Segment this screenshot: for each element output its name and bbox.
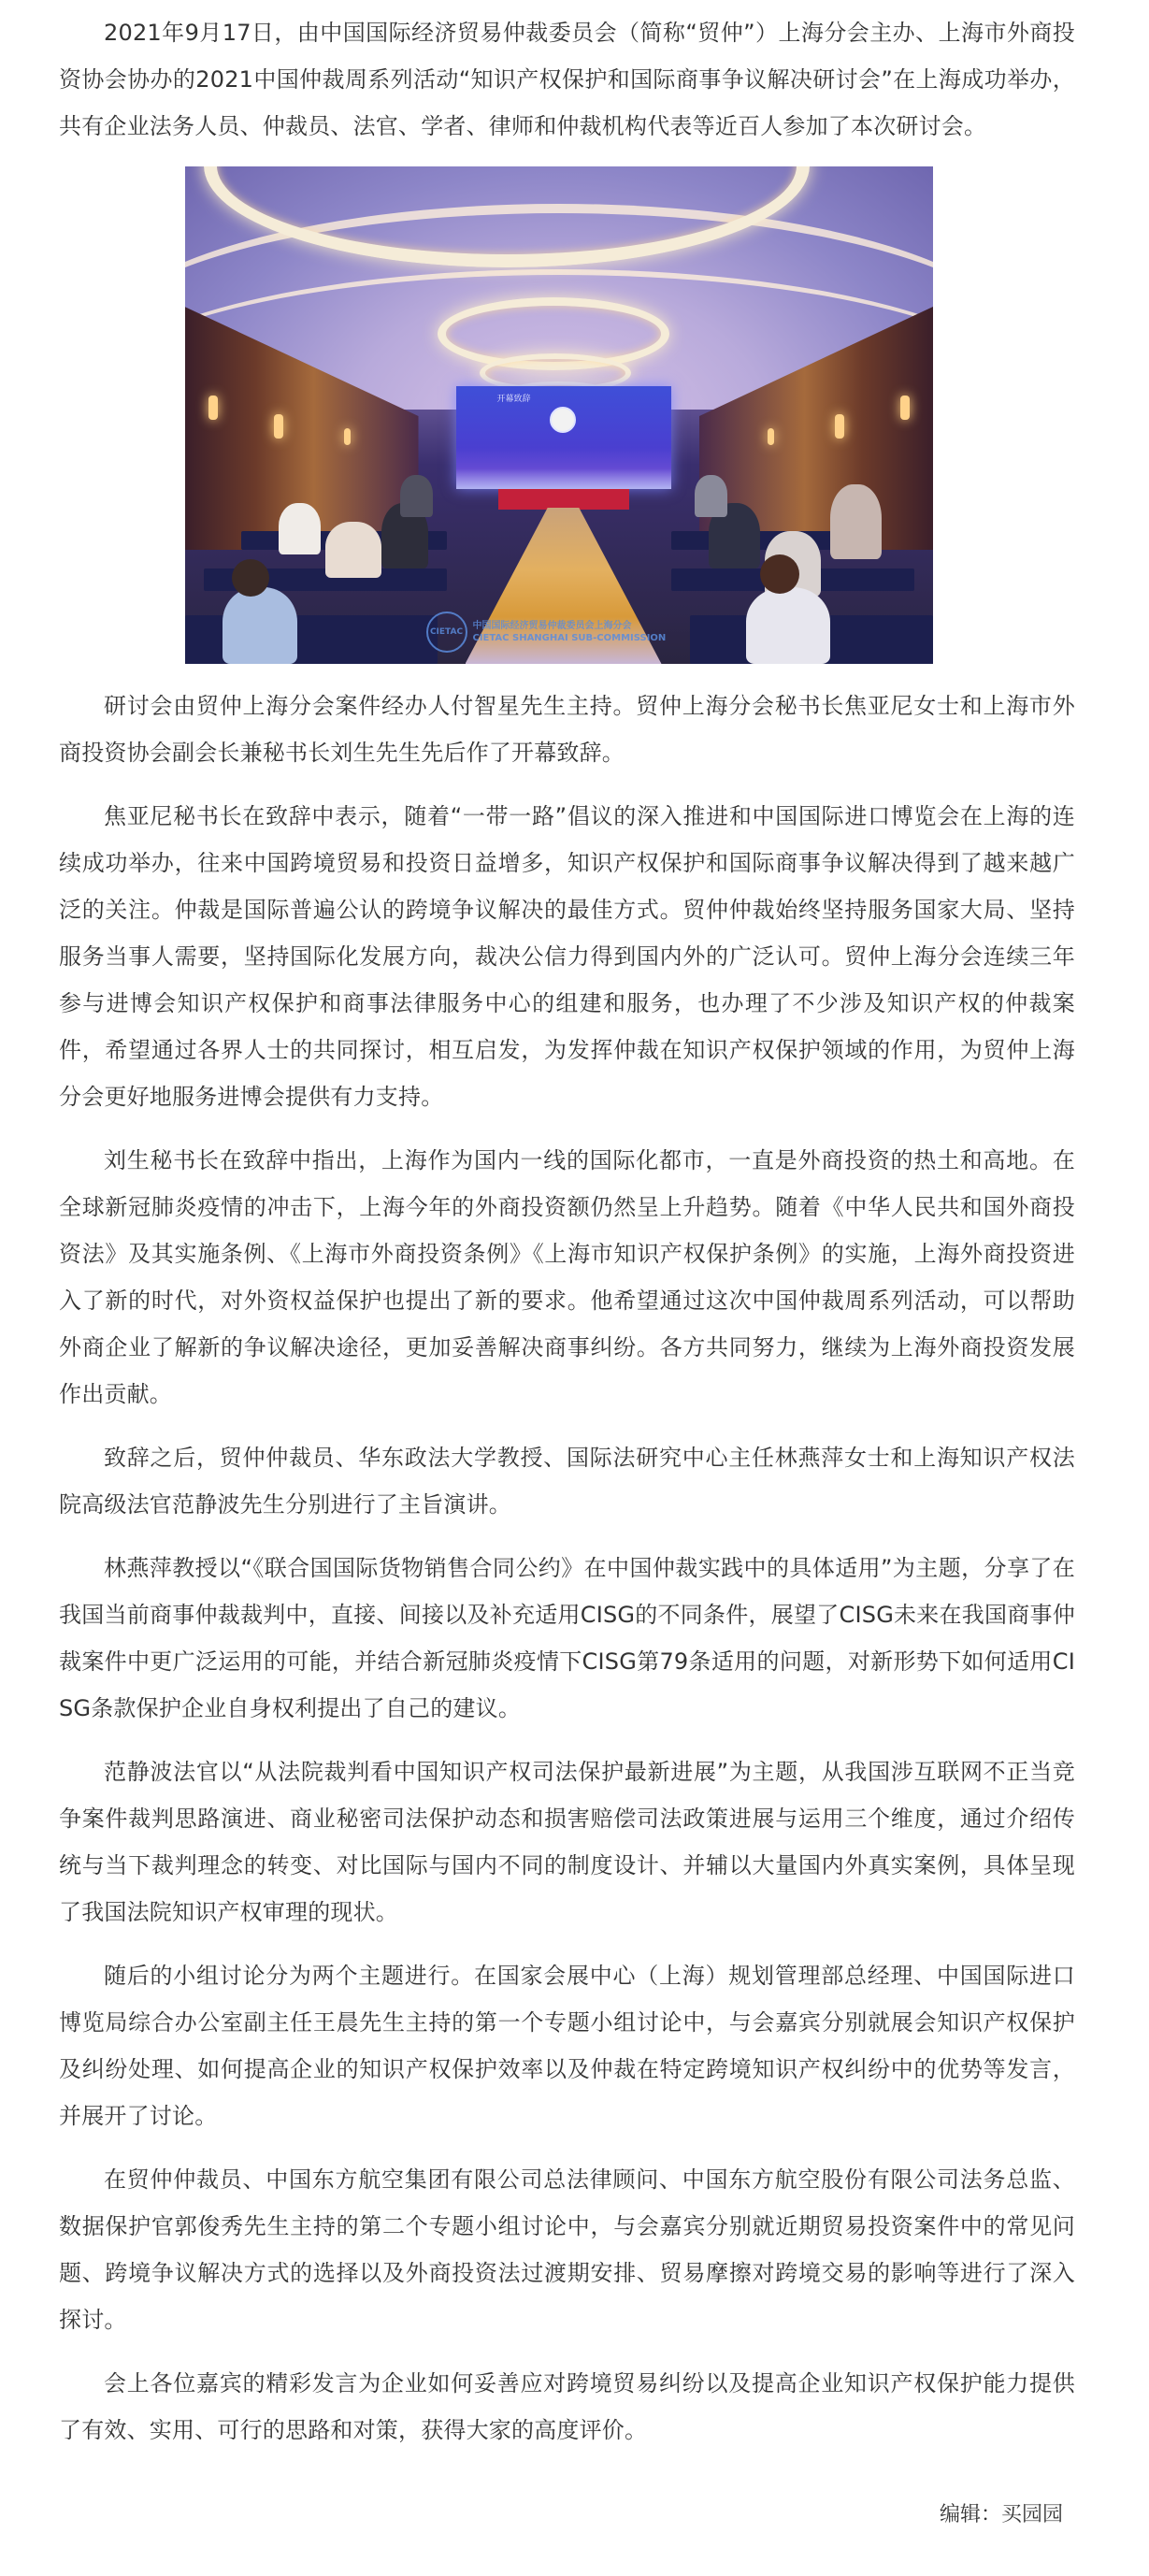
paragraph-host: 研讨会由贸仲上海分会案件经办人付智星先生主持。贸仲上海分会秘书长焦亚尼女士和上海… <box>59 683 1075 776</box>
wall-lamp-icon <box>208 396 218 420</box>
paragraph-intro: 2021年9月17日，由中国国际经济贸易仲裁委员会（简称“贸仲”）上海分会主办、… <box>59 9 1075 150</box>
attendee-head <box>760 554 799 594</box>
attendee <box>325 522 381 578</box>
watermark-chinese: 中国国际经济贸易仲裁委员会上海分会 <box>473 620 667 632</box>
watermark-logo-text: CIETAC <box>430 627 463 637</box>
wall-lamp-icon <box>900 396 910 420</box>
watermark-english: CIETAC SHANGHAI SUB-COMMISSION <box>473 632 667 644</box>
paragraph-lin-keynote: 林燕萍教授以“《联合国国际货物销售合同公约》在中国仲裁实践中的具体适用”为主题，… <box>59 1545 1075 1732</box>
attendee <box>746 587 830 664</box>
attendee-head <box>232 559 269 597</box>
paragraph-panel-two: 在贸仲仲裁员、中国东方航空集团有限公司总法律顾问、中国东方航空股份有限公司法务总… <box>59 2156 1075 2343</box>
cietac-watermark: CIETAC 中国国际经济贸易仲裁委员会上海分会 CIETAC SHANGHAI… <box>426 612 667 653</box>
conference-photo: 开幕致辞 <box>185 166 933 664</box>
wall-lamp-icon <box>344 428 351 445</box>
attendee <box>279 503 321 554</box>
attendee <box>695 475 727 517</box>
paragraph-conclusion: 会上各位嘉宾的精彩发言为企业如何妥善应对跨境贸易纠纷以及提高企业知识产权保护能力… <box>59 2360 1075 2454</box>
article-body: 2021年9月17日，由中国国际经济贸易仲裁委员会（简称“贸仲”）上海分会主办、… <box>0 0 1149 2534</box>
wall-lamp-icon <box>768 428 774 445</box>
editor-credit: 编辑：买园园 <box>59 2497 1063 2534</box>
wall-lamp-icon <box>835 414 844 439</box>
paragraph-liu-speech: 刘生秘书长在致辞中指出，上海作为国内一线的国际化都市，一直是外商投资的热土和高地… <box>59 1137 1075 1418</box>
paragraph-jiao-speech: 焦亚尼秘书长在致辞中表示，随着“一带一路”倡议的深入推进和中国国际进口博览会在上… <box>59 793 1075 1120</box>
skyline-graphic <box>456 468 671 489</box>
paragraph-fan-keynote: 范静波法官以“从法院裁判看中国知识产权司法保护最新进展”为主题，从我国涉互联网不… <box>59 1749 1075 1936</box>
paragraph-keynotes: 致辞之后，贸仲仲裁员、华东政法大学教授、国际法研究中心主任林燕萍女士和上海知识产… <box>59 1434 1075 1528</box>
photo-container: 开幕致辞 <box>59 166 1075 664</box>
attendee <box>830 484 882 559</box>
attendee <box>223 587 297 664</box>
speaker-avatar-icon <box>550 407 576 433</box>
cietac-globe-icon: CIETAC <box>426 612 467 653</box>
wall-lamp-icon <box>274 414 283 439</box>
stage <box>498 489 629 510</box>
paragraph-panel-one: 随后的小组讨论分为两个主题进行。在国家会展中心（上海）规划管理部总经理、中国国际… <box>59 1952 1075 2139</box>
attendee <box>400 475 433 517</box>
stage-screen: 开幕致辞 <box>456 386 671 489</box>
stage-screen-title: 开幕致辞 <box>497 392 531 404</box>
